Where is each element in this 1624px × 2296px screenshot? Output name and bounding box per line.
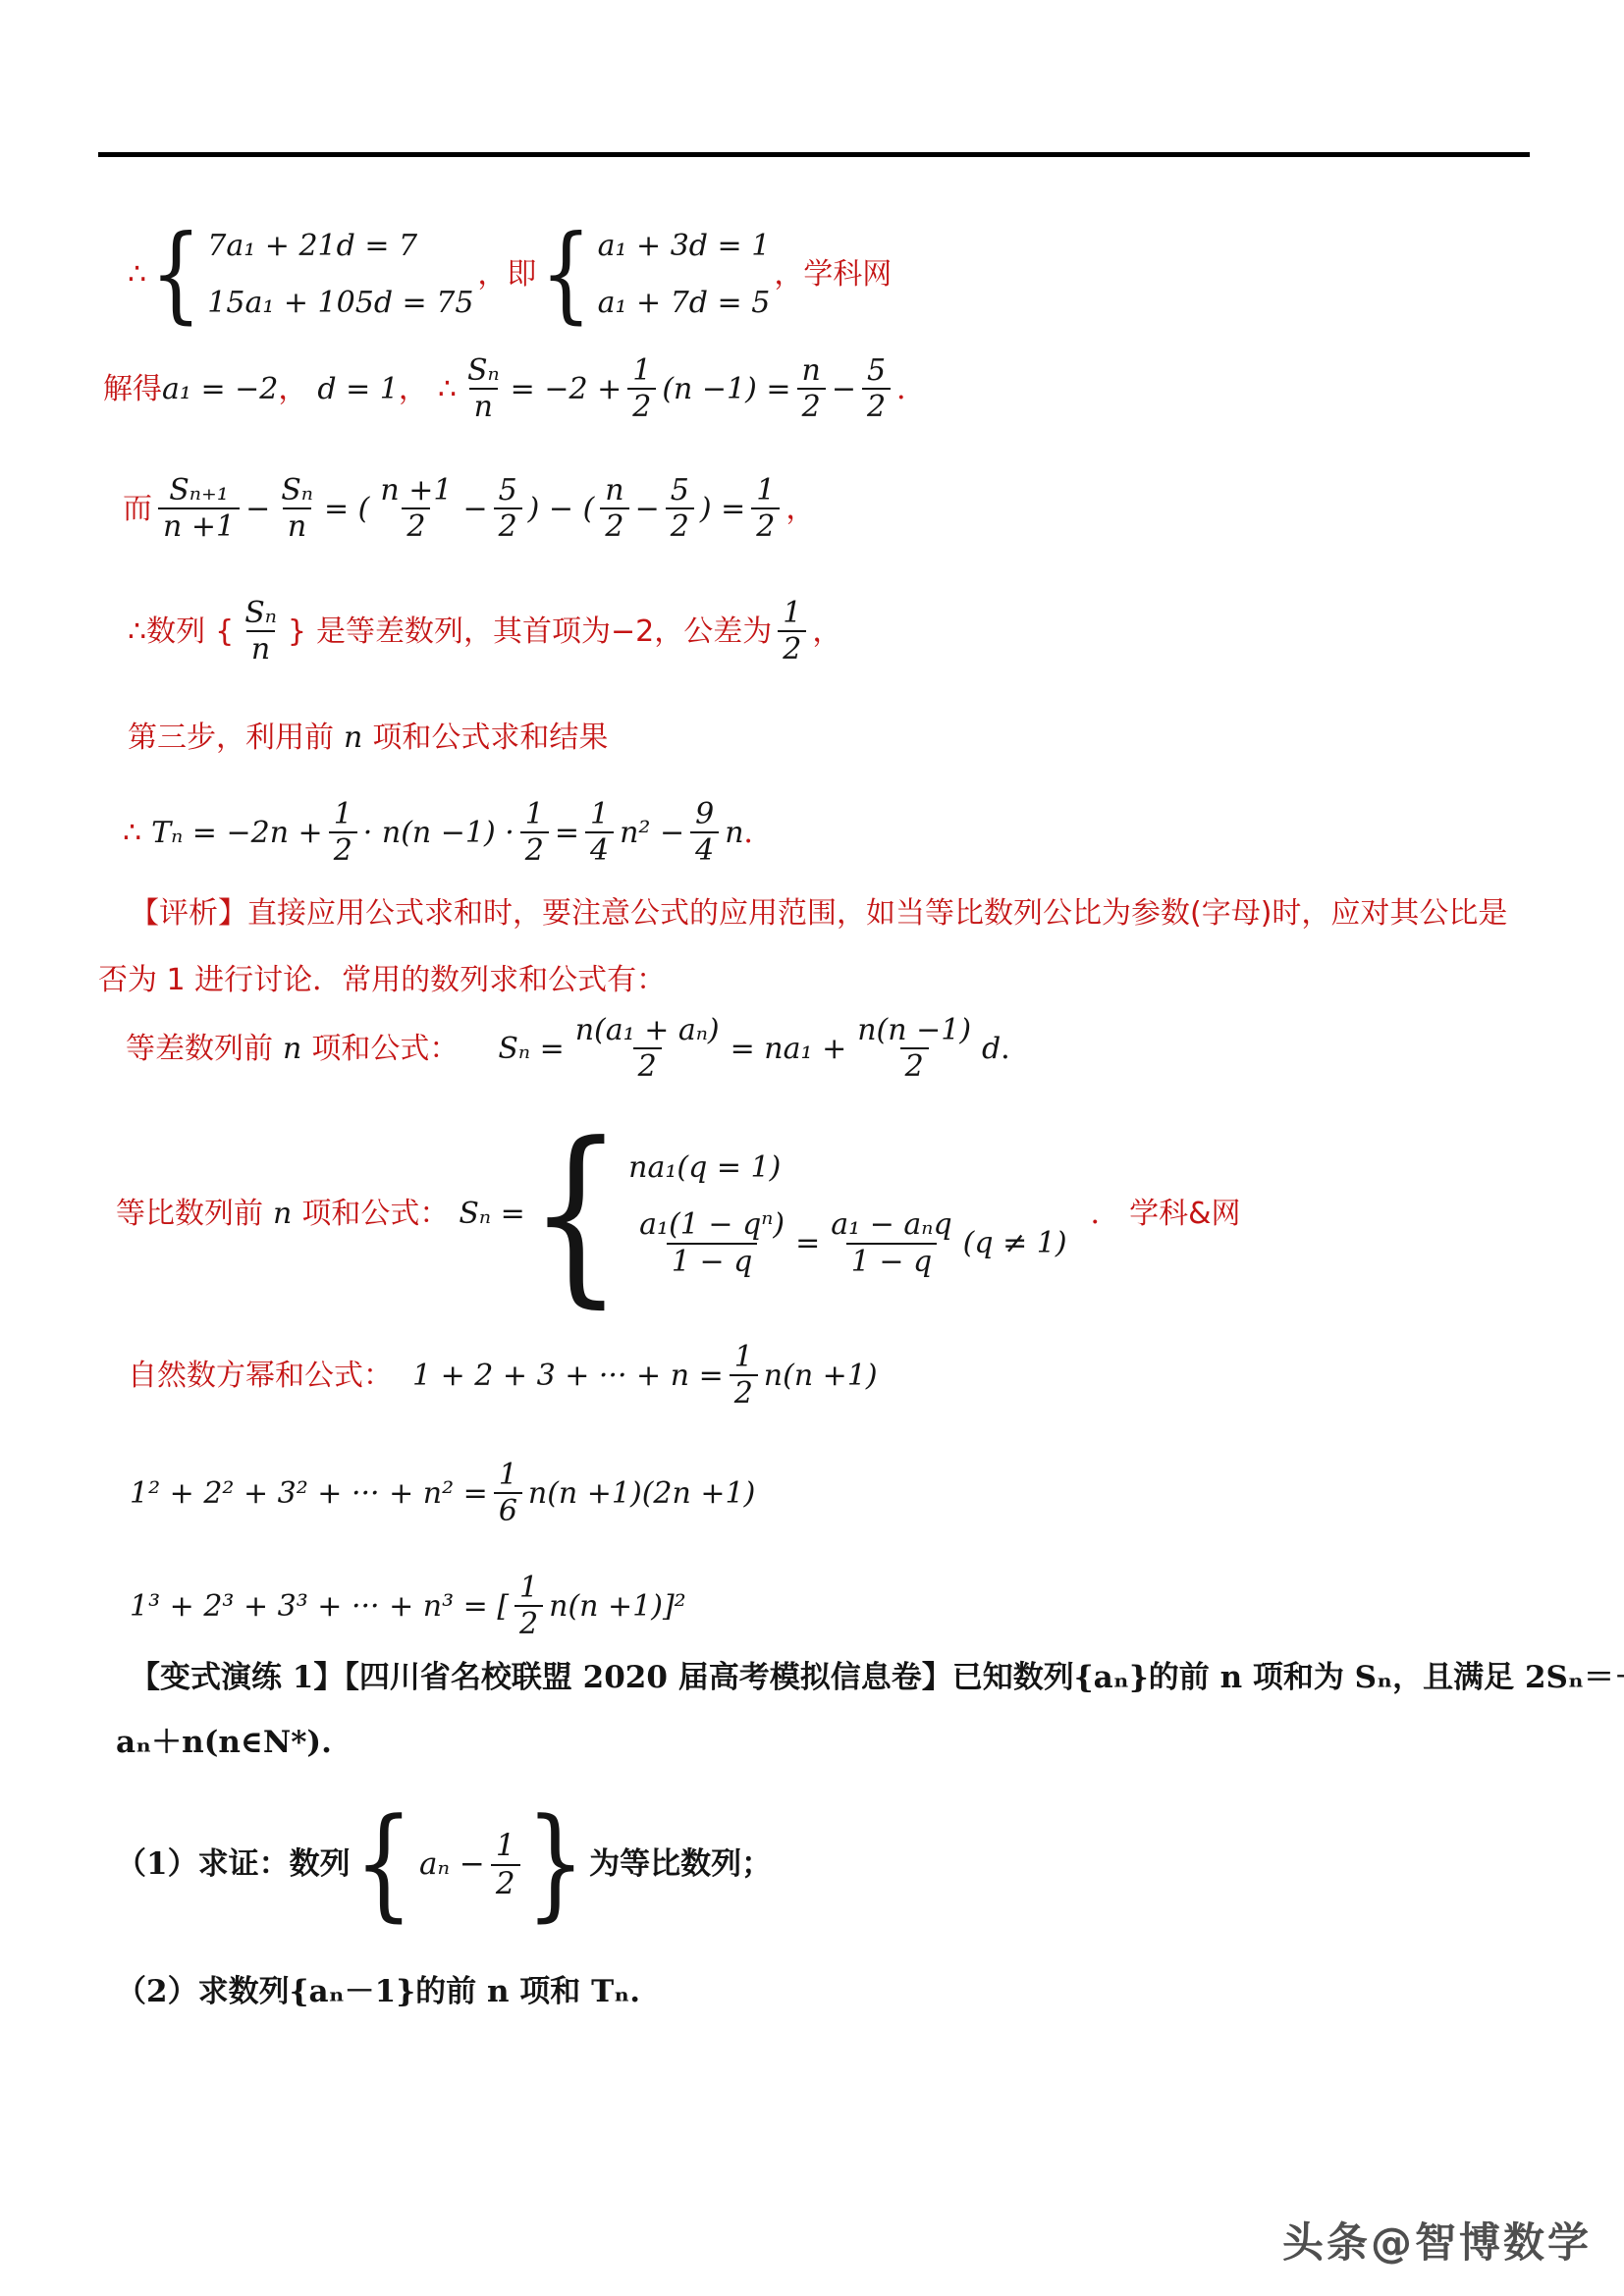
- period: ．: [896, 371, 926, 408]
- fraction: Sₙ₊₁ n +1: [158, 473, 240, 545]
- fraction-numerator: n(n −1): [852, 1013, 976, 1047]
- fraction-n-over-2: n 2: [797, 353, 826, 425]
- math-fragment: −: [462, 491, 487, 528]
- fraction-denominator: 2: [491, 1864, 520, 1902]
- fraction-numerator: Sₙ: [462, 353, 505, 388]
- fraction-denominator: 2: [666, 507, 694, 544]
- variable-n: n: [344, 720, 362, 757]
- tn-result-line: ∴ Tₙ = −2n + 1 2 · n(n −1) · 1 2 = 1 4 n…: [123, 797, 774, 869]
- fraction: a₁(1 − qⁿ) 1 − q: [634, 1207, 789, 1279]
- math-fragment: 1 + 2 + 3 + ··· + n =: [412, 1358, 724, 1395]
- math-fragment: n: [725, 815, 743, 852]
- fraction-numerator: 1: [585, 797, 614, 831]
- formula-label: 等比数列前: [116, 1196, 263, 1233]
- math-fragment: 1² + 2² + 3² + ··· + n² =: [130, 1475, 488, 1513]
- right-brace-icon: }: [526, 1804, 585, 1926]
- fraction: 1 4: [585, 797, 614, 869]
- fraction: n(a₁ + aₙ) 2: [570, 1013, 725, 1085]
- fraction-numerator: 1: [491, 1828, 520, 1864]
- case-row-2: a₁(1 − qⁿ) 1 − q = a₁ − aₙq 1 − q (q ≠ 1…: [628, 1207, 1066, 1279]
- fraction-denominator: 2: [778, 630, 806, 667]
- system1-row1: 7a₁ + 21d = 7: [207, 228, 417, 265]
- fraction-denominator: n: [469, 388, 498, 424]
- fraction: 1 2: [520, 797, 549, 869]
- fraction-denominator: n: [283, 507, 311, 544]
- fraction-numerator: 1: [778, 596, 806, 630]
- question-text: （2）求数列{aₙ－1}的前 n 项和 Tₙ.: [116, 1973, 640, 2011]
- document-page: ∴ { 7a₁ + 21d = 7 15a₁ + 105d = 75 ，即 { …: [0, 0, 1624, 2296]
- fraction-denominator: 2: [520, 831, 549, 868]
- therefore-symbol: ∴: [123, 815, 141, 852]
- fraction: 1 2: [514, 1571, 543, 1642]
- conclusion-prefix: ∴数列: [128, 614, 205, 651]
- fraction: 1 2: [329, 797, 357, 869]
- piecewise-cases: { na₁(q = 1) a₁(1 − qⁿ) 1 − q = a₁ − aₙq…: [529, 1141, 1067, 1288]
- exercise-heading-continuation: aₙ＋n(n∈N*).: [116, 1724, 332, 1762]
- fraction-numerator: 5: [666, 473, 694, 507]
- period: ．: [1001, 1031, 1030, 1068]
- math-fragment: −: [635, 491, 660, 528]
- math-fragment: n(n +1)(2n +1): [528, 1475, 755, 1513]
- math-fragment: ) =: [700, 491, 745, 528]
- math-fragment: −: [245, 491, 270, 528]
- fraction: n(n −1) 2: [852, 1013, 976, 1085]
- math-fragment: n(n +1): [764, 1358, 878, 1395]
- math-fragment: =: [555, 815, 579, 852]
- fraction-denominator: 2: [862, 388, 891, 424]
- comma: ，: [399, 371, 428, 408]
- math-fragment: Sₙ =: [459, 1196, 524, 1233]
- connector-text: ，即: [477, 256, 536, 294]
- fraction-numerator: 1: [627, 353, 656, 388]
- step-text: 项和公式求和结果: [372, 720, 608, 757]
- fraction-denominator: 2: [402, 507, 430, 544]
- fraction-denominator: 2: [633, 1047, 662, 1084]
- inline-watermark-text: ． 学科&网: [1091, 1196, 1241, 1233]
- math-fragment: −: [832, 371, 856, 408]
- system1-row2: 15a₁ + 105d = 75: [207, 285, 473, 322]
- math-fragment: Sₙ =: [498, 1031, 564, 1068]
- commentary-line-1: 【评析】直接应用公式求和时，要注意公式的应用范围，如当等比数列公比为参数(字母)…: [130, 895, 1507, 933]
- comma: ，: [785, 491, 815, 528]
- fraction: 1 2: [491, 1828, 520, 1901]
- math-fragment: = (: [324, 491, 369, 528]
- top-rule: [98, 152, 1530, 157]
- equation-system-1: { 7a₁ + 21d = 7 15a₁ + 105d = 75: [150, 228, 473, 321]
- page-watermark: 头条@智博数学: [1282, 2211, 1592, 2269]
- therefore-symbol: ∴: [128, 256, 146, 294]
- fraction-denominator: 4: [690, 831, 719, 868]
- fraction-numerator: n(a₁ + aₙ): [570, 1013, 725, 1047]
- comma: ，: [278, 371, 307, 408]
- fraction-numerator: 1: [730, 1340, 758, 1374]
- fraction-numerator: 1: [520, 797, 549, 831]
- fraction-denominator: n: [246, 630, 275, 667]
- math-fragment: 1³ + 2³ + 3³ + ··· + n³ = [: [130, 1588, 509, 1626]
- formula-label: 项和公式：: [301, 1196, 449, 1233]
- variable-n: n: [273, 1196, 292, 1233]
- fraction: 5 2: [666, 473, 694, 545]
- fraction-one-half: 1 2: [627, 353, 656, 425]
- left-brace-icon: {: [215, 614, 234, 651]
- exercise-heading-text: aₙ＋n(n∈N*).: [116, 1724, 332, 1762]
- conclusion-line: ∴数列 { Sₙ n } 是等差数列，其首项为−2，公差为 1 2 ，: [128, 596, 841, 667]
- fraction-denominator: 2: [514, 1605, 543, 1641]
- math-fragment: n(n +1)]²: [549, 1588, 686, 1626]
- right-brace-icon: }: [288, 614, 306, 651]
- commentary-text: 【评析】直接应用公式求和时，要注意公式的应用范围，如当等比数列公比为参数(字母)…: [130, 895, 1507, 933]
- case-row-1: na₁(q = 1): [628, 1149, 781, 1187]
- fraction-numerator: 1: [514, 1571, 543, 1605]
- solve-label: 解得: [103, 371, 162, 408]
- fraction-sn-over-n: Sₙ n: [462, 353, 505, 425]
- therefore-symbol: ∴: [438, 371, 457, 408]
- fraction-denominator: 1 − q: [667, 1243, 758, 1279]
- left-brace-icon: {: [150, 222, 201, 327]
- question-text: （1）求证：数列: [116, 1845, 351, 1884]
- equation-system-2: { a₁ + 3d = 1 a₁ + 7d = 5: [540, 228, 770, 321]
- fraction-numerator: n: [797, 353, 826, 388]
- fraction: Sₙ n: [276, 473, 318, 545]
- fraction-numerator: a₁ − aₙq: [826, 1207, 956, 1242]
- fraction: 9 4: [690, 797, 719, 869]
- math-fragment: = −2 +: [511, 371, 623, 408]
- sequence-braces: { aₙ − 1 2 }: [354, 1818, 586, 1911]
- math-fragment: d: [982, 1031, 1001, 1068]
- formula-label: 自然数方幂和公式：: [128, 1358, 393, 1395]
- period: ．: [744, 815, 774, 852]
- question-1-line: （1）求证：数列 { aₙ − 1 2 } 为等比数列；: [116, 1818, 772, 1911]
- fraction-numerator: a₁(1 − qⁿ): [634, 1207, 789, 1242]
- fraction-numerator: 1: [329, 797, 357, 831]
- fraction-numerator: n +1: [375, 473, 457, 507]
- fraction-numerator: Sₙ: [240, 596, 282, 630]
- question-2-line: （2）求数列{aₙ－1}的前 n 项和 Tₙ.: [116, 1973, 640, 2011]
- solve-result-line: 解得 a₁ = −2 ， d = 1 ， ∴ Sₙ n = −2 + 1 2 (…: [103, 353, 926, 425]
- fraction: n 2: [600, 473, 628, 545]
- exercise-heading-line: 【变式演练 1】【四川省名校联盟 2020 届高考模拟信息卷】已知数列{aₙ}的…: [130, 1659, 1624, 1697]
- fraction-denominator: 2: [627, 388, 656, 424]
- fraction-numerator: Sₙ: [276, 473, 318, 507]
- er-label: 而: [123, 491, 152, 528]
- conclusion-text: 是等差数列，其首项为−2，公差为: [316, 614, 772, 651]
- fraction-numerator: 1: [751, 473, 780, 507]
- left-brace-icon: {: [529, 1119, 623, 1310]
- cubes-sum-line: 1³ + 2³ + 3³ + ··· + n³ = [ 1 2 n(n +1)]…: [130, 1571, 686, 1642]
- equation-system-line: ∴ { 7a₁ + 21d = 7 15a₁ + 105d = 75 ，即 { …: [128, 228, 892, 321]
- fraction: 1 6: [494, 1458, 522, 1529]
- fraction-denominator: 2: [329, 831, 357, 868]
- fraction-one-half: 1 2: [778, 596, 806, 667]
- fraction-denominator: 4: [585, 831, 614, 868]
- system2-row2: a₁ + 7d = 5: [598, 285, 771, 322]
- fraction: n +1 2: [375, 473, 457, 545]
- math-fragment: Tₙ = −2n +: [151, 815, 323, 852]
- fraction-sn-over-n: Sₙ n: [240, 596, 282, 667]
- commentary-line-2: 否为 1 进行讨论．常用的数列求和公式有：: [98, 962, 666, 999]
- comma: ，: [812, 614, 841, 651]
- left-brace-icon: {: [354, 1804, 413, 1926]
- watermark-inline-text: ，学科网: [774, 256, 892, 294]
- fraction: 1 2: [751, 473, 780, 545]
- fraction: 5 2: [494, 473, 522, 545]
- geometric-sum-formula-line: 等比数列前 n 项和公式： Sₙ = { na₁(q = 1) a₁(1 − q…: [116, 1141, 1241, 1288]
- math-fragment: ) − (: [528, 491, 595, 528]
- difference-line: 而 Sₙ₊₁ n +1 − Sₙ n = ( n +1 2 − 5 2 ) − …: [123, 473, 815, 545]
- math-fragment: (q ≠ 1): [963, 1225, 1067, 1262]
- question-text: 为等比数列；: [589, 1845, 772, 1884]
- fraction-denominator: 2: [900, 1047, 929, 1084]
- math-fragment: = na₁ +: [731, 1031, 847, 1068]
- fraction-denominator: 2: [751, 507, 780, 544]
- fraction-numerator: 9: [690, 797, 719, 831]
- math-fragment: a₁ = −2: [162, 371, 278, 408]
- fraction-denominator: 2: [730, 1374, 758, 1411]
- fraction-numerator: Sₙ₊₁: [164, 473, 234, 507]
- math-fragment: d = 1: [317, 371, 399, 408]
- fraction-denominator: 6: [494, 1492, 522, 1528]
- arithmetic-sum-formula-line: 等差数列前 n 项和公式： Sₙ = n(a₁ + aₙ) 2 = na₁ + …: [126, 1013, 1030, 1085]
- variable-n: n: [283, 1031, 301, 1068]
- math-fragment: aₙ −: [419, 1845, 485, 1884]
- math-fragment: n² −: [620, 815, 684, 852]
- fraction-numerator: 1: [494, 1458, 522, 1492]
- fraction-denominator: 2: [494, 507, 522, 544]
- math-fragment: (n −1) =: [662, 371, 790, 408]
- fraction: a₁ − aₙq 1 − q: [826, 1207, 956, 1279]
- fraction-numerator: 5: [862, 353, 891, 388]
- natural-power-sum-line: 自然数方幂和公式： 1 + 2 + 3 + ··· + n = 1 2 n(n …: [128, 1340, 878, 1412]
- squares-sum-line: 1² + 2² + 3² + ··· + n² = 1 6 n(n +1)(2n…: [130, 1458, 755, 1529]
- exercise-heading-text: 【变式演练 1】【四川省名校联盟 2020 届高考模拟信息卷】已知数列{aₙ}的…: [130, 1659, 1624, 1697]
- fraction-denominator: 2: [797, 388, 826, 424]
- formula-label: 项和公式：: [311, 1031, 459, 1068]
- fraction-numerator: 5: [494, 473, 522, 507]
- fraction-denominator: n +1: [158, 507, 240, 544]
- fraction: 1 2: [730, 1340, 758, 1412]
- step-text: 第三步，利用前: [128, 720, 334, 757]
- fraction-denominator: 2: [600, 507, 628, 544]
- left-brace-icon: {: [540, 222, 591, 327]
- fraction-denominator: 1 − q: [846, 1243, 938, 1279]
- commentary-text: 否为 1 进行讨论．常用的数列求和公式有：: [98, 962, 666, 999]
- math-fragment: · n(n −1) ·: [363, 815, 514, 852]
- math-fragment: =: [795, 1225, 820, 1262]
- fraction-numerator: n: [600, 473, 628, 507]
- formula-label: 等差数列前: [126, 1031, 273, 1068]
- step-three-heading: 第三步，利用前 n 项和公式求和结果: [128, 720, 608, 757]
- system2-row1: a₁ + 3d = 1: [598, 228, 771, 265]
- fraction-five-halves: 5 2: [862, 353, 891, 425]
